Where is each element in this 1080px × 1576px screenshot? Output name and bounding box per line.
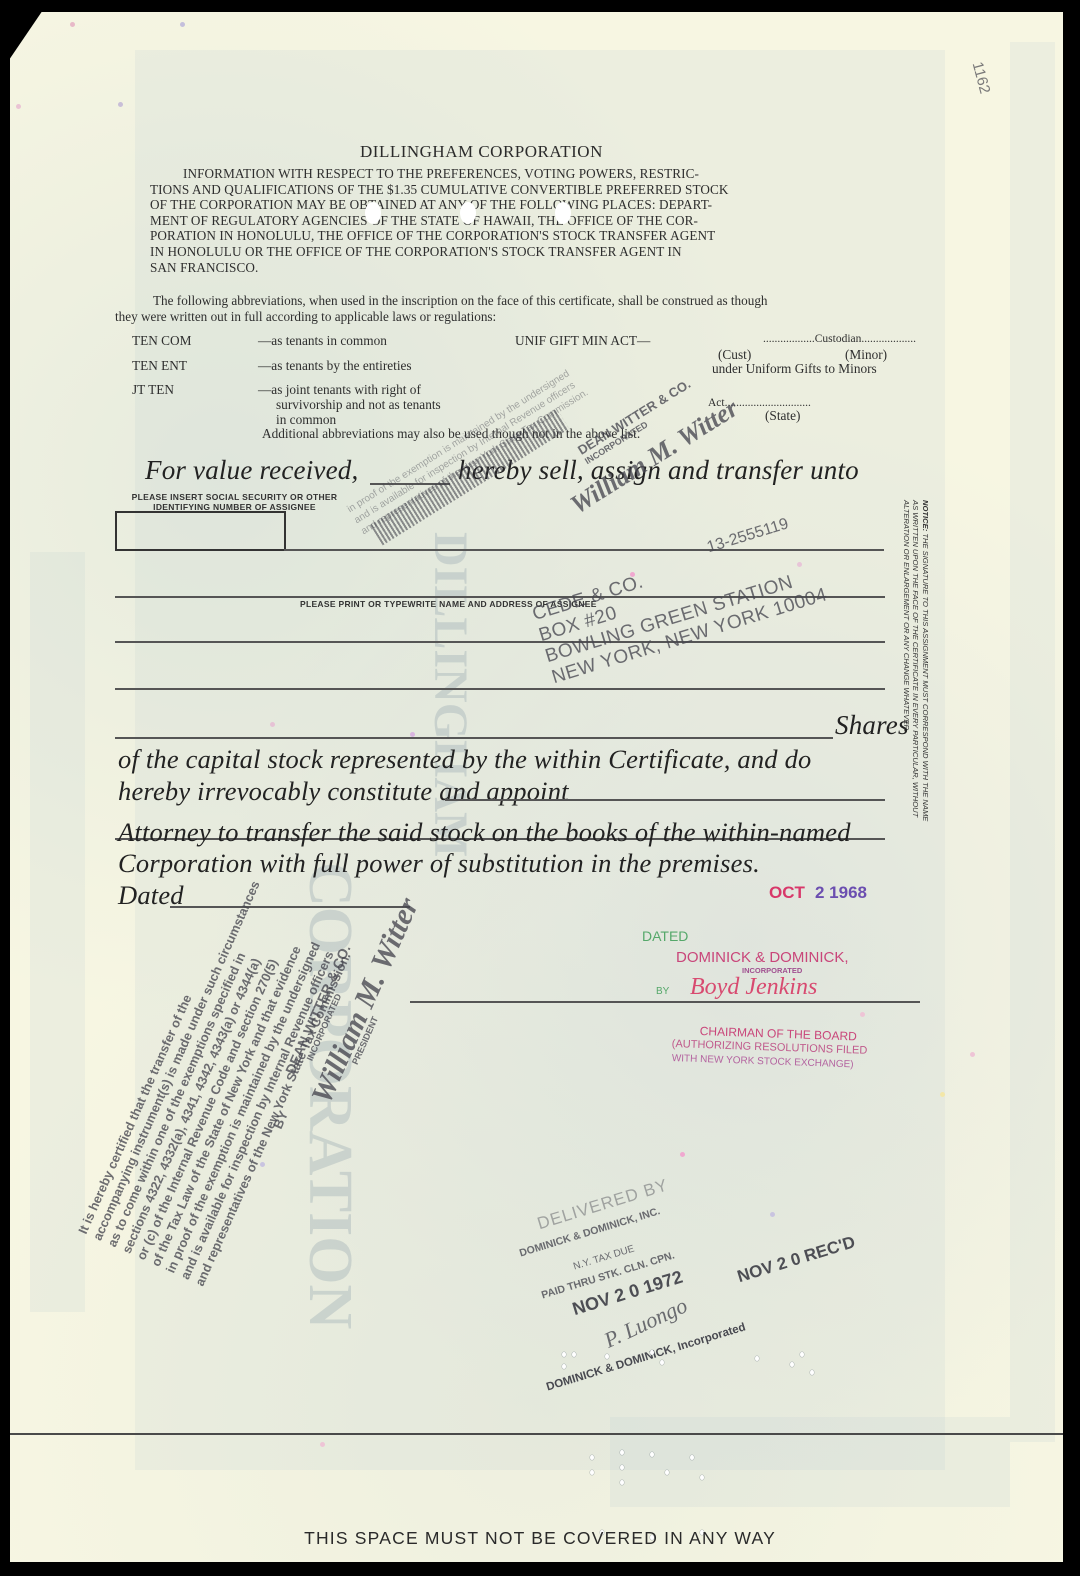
info-line: TIONS AND QUALIFICATIONS OF THE $1.35 CU… bbox=[150, 182, 925, 198]
signature-line[interactable] bbox=[410, 1001, 920, 1003]
show-through-border-left bbox=[30, 552, 85, 1312]
paper-fleck bbox=[118, 102, 123, 107]
paper-fleck bbox=[940, 1092, 945, 1097]
perforation bbox=[690, 1455, 694, 1460]
perforation bbox=[590, 1470, 594, 1475]
ssn-label: PLEASE INSERT SOCIAL SECURITY OR OTHER I… bbox=[112, 492, 357, 512]
paper-fleck bbox=[320, 1442, 325, 1447]
info-line: SAN FRANCISCO. bbox=[150, 260, 925, 276]
unif-gift-label: UNIF GIFT MIN ACT— bbox=[515, 333, 650, 349]
irrevocably-appoint-text: hereby irrevocably constitute and appoin… bbox=[118, 776, 569, 807]
perforation bbox=[790, 1362, 794, 1367]
preferred-stock-info: INFORMATION WITH RESPECT TO THE PREFEREN… bbox=[150, 166, 925, 275]
info-line: IN HONOLULU OR THE OFFICE OF THE CORPORA… bbox=[150, 244, 925, 260]
perforation bbox=[620, 1450, 624, 1455]
abbrev-code-ten-com: TEN COM bbox=[132, 333, 191, 349]
paper-fleck bbox=[270, 722, 275, 727]
perforation bbox=[605, 1354, 609, 1359]
perforation bbox=[562, 1352, 566, 1357]
dominick-signature: Boyd Jenkins bbox=[690, 974, 817, 1001]
for-value-received: For value received, bbox=[145, 455, 358, 486]
abbreviations-intro: The following abbreviations, when used i… bbox=[115, 293, 930, 324]
assignee-line-3 bbox=[115, 641, 885, 643]
perforation bbox=[660, 1360, 664, 1365]
punch-hole bbox=[555, 202, 571, 224]
uniform-gifts-label: under Uniform Gifts to Minors bbox=[712, 361, 877, 377]
abbrev-jt-ten-cont: survivorship and not as tenants bbox=[276, 397, 441, 413]
date-stamp-month: OCT bbox=[769, 883, 805, 903]
paper-fleck bbox=[860, 1012, 865, 1017]
dated-stamp-label: DATED bbox=[642, 928, 688, 944]
perforation bbox=[572, 1352, 576, 1357]
assignee-line-4 bbox=[115, 688, 885, 690]
abbrev-meaning-ten-ent: —as tenants by the entireties bbox=[258, 358, 412, 374]
paper-fleck bbox=[680, 1152, 685, 1157]
attorney-text: Attorney to transfer the said stock on t… bbox=[118, 817, 851, 848]
shares-line[interactable] bbox=[115, 737, 833, 739]
info-line: PORATION IN HONOLULU, THE OFFICE OF THE … bbox=[150, 228, 925, 244]
abbrev-code-jt-ten: JT TEN bbox=[132, 382, 174, 398]
dominick-firm-name: DOMINICK & DOMINICK, bbox=[676, 949, 849, 966]
bottom-divider bbox=[10, 1433, 1063, 1435]
show-through-dillingham-text: DILLINGHAM bbox=[423, 532, 478, 857]
perforation bbox=[800, 1352, 804, 1357]
shares-label: Shares bbox=[835, 710, 909, 741]
ssn-input-box[interactable] bbox=[115, 511, 286, 551]
perforation bbox=[562, 1364, 566, 1369]
perforation bbox=[755, 1356, 759, 1361]
dominick-by-label: BY bbox=[656, 986, 669, 997]
show-through-panel bbox=[610, 1417, 1010, 1507]
signature-notice: NOTICE: THE SIGNATURE TO THIS ASSIGNMENT… bbox=[902, 500, 931, 821]
show-through-border-right bbox=[1010, 42, 1055, 1442]
state-label: (State) bbox=[765, 408, 800, 424]
abbrev-code-ten-ent: TEN ENT bbox=[132, 358, 187, 374]
perforation bbox=[620, 1465, 624, 1470]
perforation bbox=[665, 1470, 669, 1475]
perforation bbox=[650, 1350, 654, 1355]
perforation bbox=[810, 1370, 814, 1375]
paper-fleck bbox=[180, 22, 185, 27]
capital-stock-text: of the capital stock represented by the … bbox=[118, 744, 811, 775]
paper-fleck bbox=[70, 22, 75, 27]
perforation bbox=[620, 1480, 624, 1485]
perforation bbox=[700, 1475, 704, 1480]
info-line: INFORMATION WITH RESPECT TO THE PREFEREN… bbox=[150, 166, 925, 182]
corporation-text: Corporation with full power of substitut… bbox=[118, 848, 760, 879]
abbrev-meaning-ten-com: —as tenants in common bbox=[258, 333, 387, 349]
perforation bbox=[590, 1455, 594, 1460]
attorney-name-line[interactable] bbox=[445, 799, 885, 801]
company-title: DILLINGHAM CORPORATION bbox=[360, 142, 603, 162]
punch-hole bbox=[460, 202, 476, 224]
date-stamp-day-year: 2 1968 bbox=[815, 883, 867, 903]
perforation bbox=[650, 1452, 654, 1457]
custodian-line: ..................Custodian.............… bbox=[763, 333, 916, 345]
paper-fleck bbox=[970, 1052, 975, 1057]
paper-fleck bbox=[770, 1212, 775, 1217]
paper-fleck bbox=[16, 104, 21, 109]
abbrev-meaning-jt-ten: —as joint tenants with right of bbox=[258, 382, 421, 398]
info-line: MENT OF REGULATORY AGENCIES OF THE STATE… bbox=[150, 213, 925, 229]
do-not-cover-notice: THIS SPACE MUST NOT BE COVERED IN ANY WA… bbox=[0, 1528, 1080, 1549]
info-line: OF THE CORPORATION MAY BE OBTAINED AT AN… bbox=[150, 197, 925, 213]
punch-hole bbox=[365, 202, 381, 224]
